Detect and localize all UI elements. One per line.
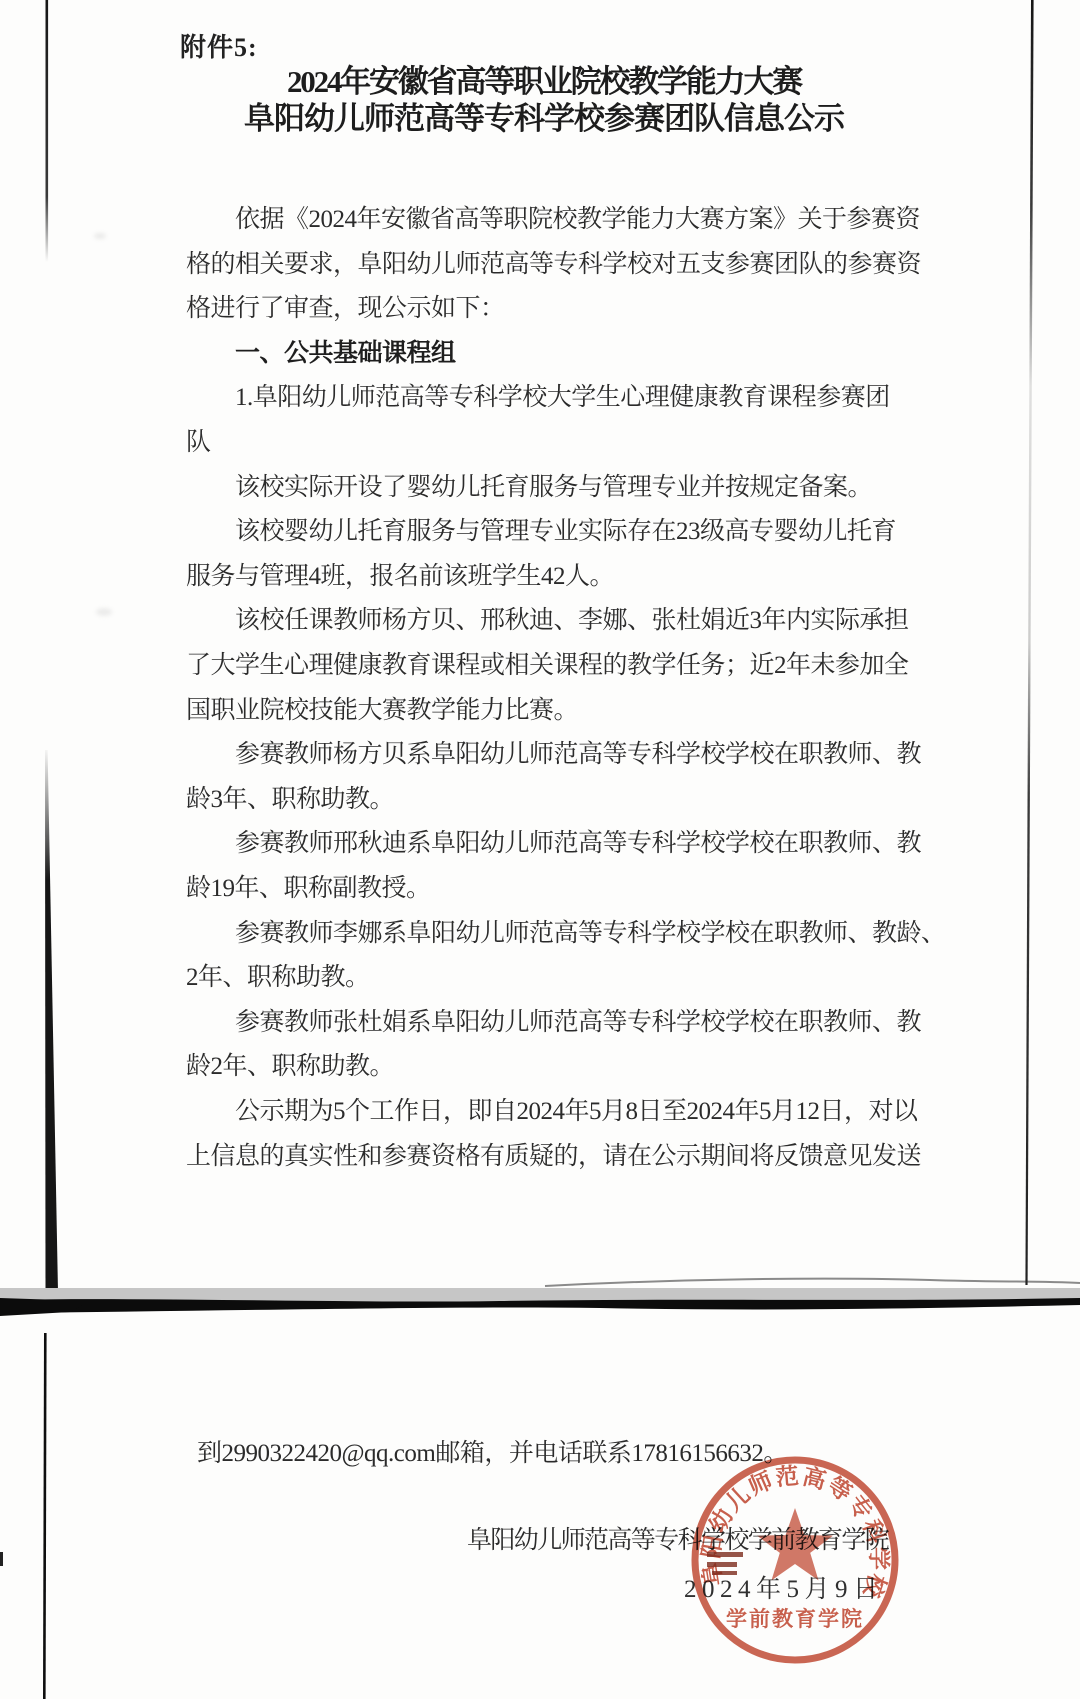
- document-line: 服务与管理4班，报名前该班学生42人。: [186, 563, 910, 591]
- paper-smudge: [94, 233, 106, 239]
- document-line: 格进行了审查，现公示如下：: [186, 295, 910, 323]
- document-line: 该校实际开设了婴幼儿托育服务与管理专业并按规定备案。: [186, 474, 959, 502]
- page-gap-band: [0, 1288, 1080, 1301]
- attachment-label: 附件5:: [180, 34, 258, 62]
- contact-line: 到2990322420@qq.com邮箱，并电话联系17816156632。: [197, 1440, 788, 1468]
- seal-ink-blotch: [707, 1552, 743, 1575]
- page2-top-edge: [0, 1298, 1080, 1313]
- document-line: 该校任课教师杨方贝、邢秋迪、李娜、张杜娟近3年内实际承担: [186, 607, 959, 635]
- document-title-line1: 2024年安徽省高等职业院校教学能力大赛: [186, 68, 902, 96]
- seal-ring: [695, 1460, 895, 1660]
- document-line: 上信息的真实性和参赛资格有质疑的，请在公示期间将反馈意见发送: [186, 1143, 910, 1171]
- document-line: 参赛教师李娜系阜阳幼儿师范高等专科学校学校在职教师、教龄、: [186, 920, 959, 948]
- document-line: 2年、职称助教。: [186, 964, 910, 992]
- document-line: 龄2年、职称助教。: [186, 1053, 910, 1081]
- scanned-document: 附件5: 2024年安徽省高等职业院校教学能力大赛 阜阳幼儿师范高等专科学校参赛…: [0, 0, 1080, 1699]
- edge-mark: [0, 1552, 3, 1566]
- document-line: 一、公共基础课程组: [186, 340, 959, 368]
- page1-left-edge-bottom: [45, 750, 58, 1292]
- document-line: 该校婴幼儿托育服务与管理专业实际存在23级高专婴幼儿托育: [186, 518, 959, 546]
- seal-bottom-text: 学前教育学院: [726, 1607, 864, 1631]
- document-line: 了大学生心理健康教育课程或相关课程的教学任务；近2年未参加全: [186, 652, 910, 680]
- document-title-line2: 阜阳幼儿师范高等专科学校参赛团队信息公示: [186, 105, 902, 133]
- page1-right-edge: [1025, 0, 1033, 1285]
- document-line: 参赛教师张杜娟系阜阳幼儿师范高等专科学校学校在职教师、教: [186, 1009, 959, 1037]
- paper-smudge: [96, 608, 112, 616]
- page1-bottom-edge: [545, 1279, 1080, 1286]
- page2-left-edge: [43, 1333, 47, 1699]
- date-line: 2024年5月9日: [684, 1576, 884, 1604]
- document-line: 参赛教师邢秋迪系阜阳幼儿师范高等专科学校学校在职教师、教: [186, 830, 959, 858]
- document-line: 1.阜阳幼儿师范高等专科学校大学生心理健康教育课程参赛团: [186, 384, 959, 412]
- document-line: 国职业院校技能大赛教学能力比赛。: [186, 697, 910, 725]
- document-line: 依据《2024年安徽省高等职院校教学能力大赛方案》关于参赛资: [186, 206, 959, 234]
- document-line: 龄3年、职称助教。: [186, 786, 910, 814]
- page1-left-edge-top: [46, 0, 49, 262]
- document-line: 队: [186, 429, 910, 457]
- document-line: 公示期为5个工作日，即自2024年5月8日至2024年5月12日，对以: [186, 1098, 959, 1126]
- document-line: 参赛教师杨方贝系阜阳幼儿师范高等专科学校学校在职教师、教: [186, 741, 959, 769]
- page2-top-edge-left: [0, 1298, 90, 1316]
- document-line: 龄19年、职称副教授。: [186, 875, 910, 903]
- official-seal: 阜阳幼儿师范高等专科学校 学前教育学院: [665, 1430, 925, 1690]
- signature-line: 阜阳幼儿师范高等专科学校学前教育学院: [467, 1527, 888, 1555]
- document-line: 格的相关要求，阜阳幼儿师范高等专科学校对五支参赛团队的参赛资: [186, 251, 910, 279]
